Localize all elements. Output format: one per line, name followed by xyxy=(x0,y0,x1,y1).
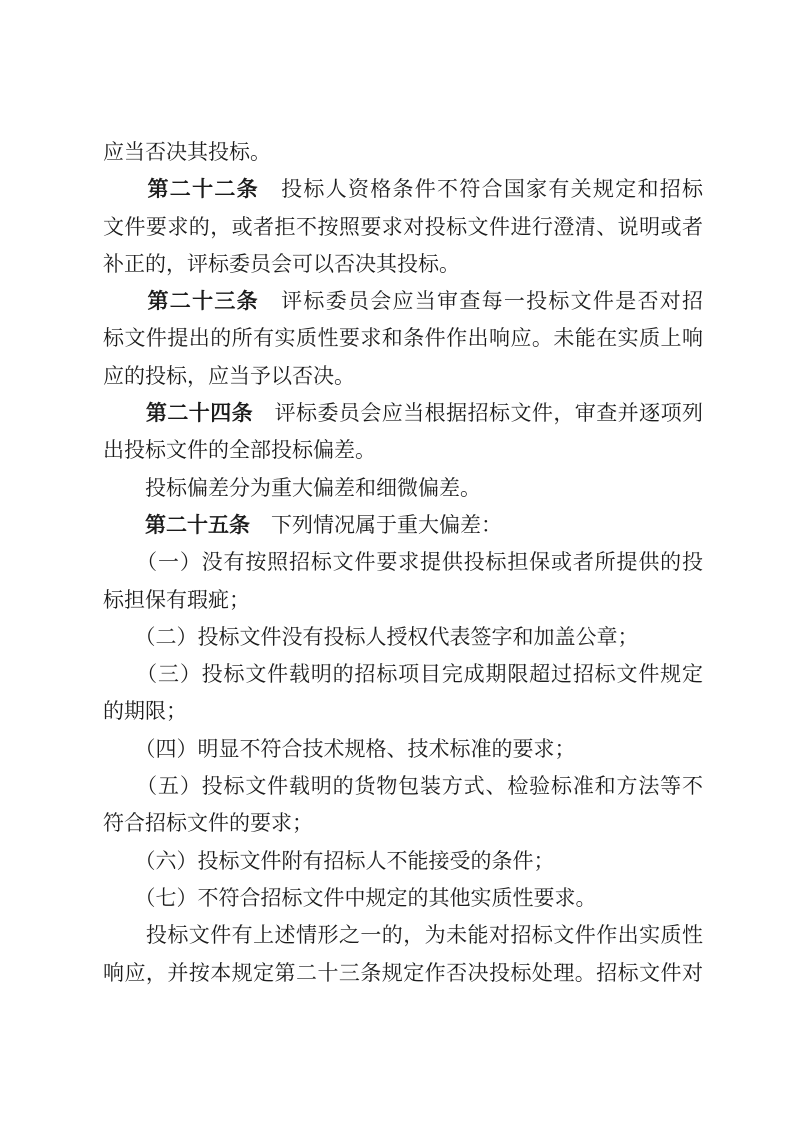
text-line: 第二十四条 评标委员会应当根据招标文件，审查并逐项列 xyxy=(103,395,703,432)
article-number: 第二十五条 xyxy=(103,514,250,537)
line-text: 投标文件有上述情形之一的，为未能对招标文件作出实质性 xyxy=(103,923,703,947)
line-text: （一）没有按照招标文件要求提供投标担保或者所提供的投 xyxy=(103,550,703,574)
line-text: （六）投标文件附有招标人不能接受的条件； xyxy=(103,849,555,873)
line-text: 响应，并按本规定第二十三条规定作否决投标处理。招标文件对 xyxy=(103,961,703,985)
text-line: 文件要求的，或者拒不按照要求对投标文件进行澄清、说明或者 xyxy=(103,209,703,246)
line-text: 评标委员会应当审查每一投标文件是否对招 xyxy=(259,289,703,313)
text-line: （七）不符合招标文件中规定的其他实质性要求。 xyxy=(103,880,703,917)
line-text: 的期限； xyxy=(103,699,187,723)
text-line: 第二十二条 投标人资格条件不符合国家有关规定和招标 xyxy=(103,171,703,208)
line-text: 应的投标，应当予以否决。 xyxy=(103,364,355,388)
line-text: （五）投标文件载明的货物包装方式、检验标准和方法等不 xyxy=(103,774,703,798)
article-number: 第二十二条 xyxy=(103,178,259,201)
text-line: 第二十五条 下列情况属于重大偏差： xyxy=(103,507,703,544)
article-number: 第二十四条 xyxy=(103,402,253,425)
line-text: 符合招标文件的要求； xyxy=(103,811,313,835)
text-line: （二）投标文件没有投标人授权代表签字和加盖公章； xyxy=(103,619,703,656)
text-line: 第二十三条 评标委员会应当审查每一投标文件是否对招 xyxy=(103,283,703,320)
text-line: （五）投标文件载明的货物包装方式、检验标准和方法等不 xyxy=(103,768,703,805)
line-text: 标文件提出的所有实质性要求和条件作出响应。未能在实质上响 xyxy=(103,326,703,350)
line-text: （四）明显不符合技术规格、技术标准的要求； xyxy=(103,737,576,761)
line-text: 投标偏差分为重大偏差和细微偏差。 xyxy=(103,476,481,500)
article-number: 第二十三条 xyxy=(103,290,259,313)
line-text: 补正的，评标委员会可以否决其投标。 xyxy=(103,252,460,276)
document-page: 应当否决其投标。 第二十二条 投标人资格条件不符合国家有关规定和招标 文件要求的… xyxy=(0,0,793,1122)
line-text: 文件要求的，或者拒不按照要求对投标文件进行澄清、说明或者 xyxy=(103,215,703,239)
line-text: （七）不符合招标文件中规定的其他实质性要求。 xyxy=(103,886,597,910)
text-line: 应当否决其投标。 xyxy=(103,134,703,171)
text-line: 标文件提出的所有实质性要求和条件作出响应。未能在实质上响 xyxy=(103,320,703,357)
text-line: （四）明显不符合技术规格、技术标准的要求； xyxy=(103,731,703,768)
text-line: （六）投标文件附有招标人不能接受的条件； xyxy=(103,843,703,880)
line-text: （三）投标文件载明的招标项目完成期限超过招标文件规定 xyxy=(103,662,703,686)
line-text: 标担保有瑕疵； xyxy=(103,588,250,612)
text-line: 投标文件有上述情形之一的，为未能对招标文件作出实质性 xyxy=(103,917,703,954)
line-text: 评标委员会应当根据招标文件，审查并逐项列 xyxy=(253,401,703,425)
document-text-block: 应当否决其投标。 第二十二条 投标人资格条件不符合国家有关规定和招标 文件要求的… xyxy=(103,134,703,992)
line-text: 应当否决其投标。 xyxy=(103,140,271,164)
text-line: 的期限； xyxy=(103,693,703,730)
text-line: 符合招标文件的要求； xyxy=(103,805,703,842)
text-line: 响应，并按本规定第二十三条规定作否决投标处理。招标文件对 xyxy=(103,955,703,992)
line-text: 投标人资格条件不符合国家有关规定和招标 xyxy=(259,177,703,201)
line-text: （二）投标文件没有投标人授权代表签字和加盖公章； xyxy=(103,625,639,649)
text-line: 投标偏差分为重大偏差和细微偏差。 xyxy=(103,470,703,507)
line-text: 下列情况属于重大偏差： xyxy=(250,513,502,537)
text-line: 出投标文件的全部投标偏差。 xyxy=(103,432,703,469)
text-line: 应的投标，应当予以否决。 xyxy=(103,358,703,395)
line-text: 出投标文件的全部投标偏差。 xyxy=(103,438,376,462)
text-line: （三）投标文件载明的招标项目完成期限超过招标文件规定 xyxy=(103,656,703,693)
text-line: 标担保有瑕疵； xyxy=(103,582,703,619)
text-line: 补正的，评标委员会可以否决其投标。 xyxy=(103,246,703,283)
text-line: （一）没有按照招标文件要求提供投标担保或者所提供的投 xyxy=(103,544,703,581)
